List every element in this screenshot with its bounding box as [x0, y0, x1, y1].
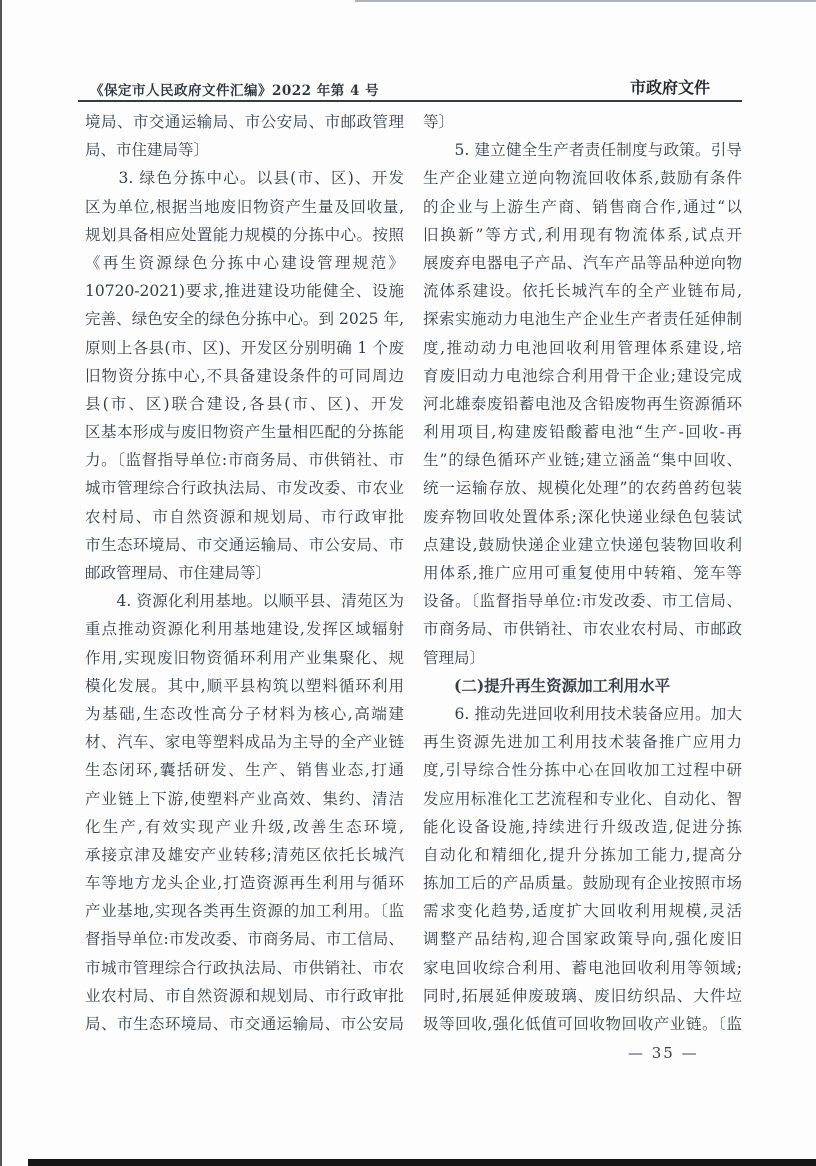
text-line: 承接京津及雄安产业转移;清苑区依托长城汽 [85, 841, 404, 869]
text-line: 邮政管理局、市住建局等〕 [85, 559, 404, 587]
left-column: 境局、市交通运输局、市公安局、市邮政管理局、市住建局等〕 3. 绿色分拣中心。以… [85, 108, 404, 1038]
text-line: 管理局〕 [423, 644, 742, 672]
text-line: 市城市管理综合行政执法局、市供销社、市农 [85, 954, 404, 982]
text-line: 5. 建立健全生产者责任制度与政策。引导 [423, 136, 742, 164]
text-line: 废弃物回收处置体系;深化快递业绿色包装试 [423, 503, 742, 531]
text-line: 《再生资源绿色分拣中心建设管理规范》(SB/T [85, 249, 404, 277]
text-line: 统一运输存放、规模化处理”的农药兽药包装 [423, 474, 742, 502]
text-line: 发应用标准化工艺流程和专业化、自动化、智 [423, 785, 742, 813]
text-line: 河北雄泰废铅蓄电池及含铅废物再生资源循环 [423, 390, 742, 418]
scan-left-edge-artifact [0, 0, 2, 1166]
text-line: 育废旧动力电池综合利用骨干企业;建设完成 [423, 362, 742, 390]
text-line: 流体系建设。依托长城汽车的全产业链布局, [423, 277, 742, 305]
text-line: 的企业与上游生产商、销售商合作,通过“以 [423, 193, 742, 221]
text-line: 度,引导综合性分拣中心在回收加工过程中研 [423, 756, 742, 784]
text-line: 化生产,有效实现产业升级,改善生态环境, [85, 813, 404, 841]
text-line: 探索实施动力电池生产企业生产者责任延伸制 [423, 305, 742, 333]
text-line: 圾等回收,强化低值可回收物回收产业链。〔监 [423, 1010, 742, 1038]
text-line: 力。〔监督指导单位:市商务局、市供销社、市 [85, 446, 404, 474]
text-line: 城市管理综合行政执法局、市发改委、市农业 [85, 474, 404, 502]
text-line: 能化设备设施,持续进行升级改造,促进分拣 [423, 813, 742, 841]
text-line: 市商务局、市供销社、市农业农村局、市邮政 [423, 615, 742, 643]
text-line: 调整产品结构,迎合国家政策导向,强化废旧 [423, 925, 742, 953]
text-line: 完善、绿色安全的绿色分拣中心。到 2025 年, [85, 305, 404, 333]
text-line: 车等地方龙头企业,打造资源再生利用与循环 [85, 869, 404, 897]
text-line: 设备。〔监督指导单位:市发改委、市工信局、 [423, 587, 742, 615]
text-line: 境局、市交通运输局、市公安局、市邮政管理 [85, 108, 404, 136]
text-line: 为基础,生态改性高分子材料为核心,高端建 [85, 700, 404, 728]
text-line: 局、市住建局等〕 [85, 136, 404, 164]
text-line: 4. 资源化利用基地。以顺平县、清苑区为 [85, 587, 404, 615]
scan-top-edge-artifact [355, 0, 816, 2]
text-line: 作用,实现废旧物资循环利用产业集聚化、规 [85, 644, 404, 672]
text-line: 自动化和精细化,提升分拣加工能力,提高分 [423, 841, 742, 869]
header-compilation-title: 《保定市人民政府文件汇编》2022 年第 4 号 [90, 79, 379, 99]
text-line: (二)提升再生资源加工利用水平 [423, 672, 742, 700]
text-line: 材、汽车、家电等塑料成品为主导的全产业链 [85, 728, 404, 756]
text-line: 市生态环境局、市交通运输局、市公安局、市 [85, 531, 404, 559]
text-line: 业农村局、市自然资源和规划局、市行政审批 [85, 982, 404, 1010]
text-line: 点建设,鼓励快递企业建立快递包装物回收利 [423, 531, 742, 559]
text-line: 同时,拓展延伸废玻璃、废旧纺织品、大件垃 [423, 982, 742, 1010]
text-line: 旧物资分拣中心,不具备建设条件的可同周边 [85, 362, 404, 390]
text-line: 生”的绿色循环产业链;建立涵盖“集中回收、 [423, 446, 742, 474]
text-line: 10720-2021)要求,推进建设功能健全、设施 [85, 277, 404, 305]
right-column: 等〕 5. 建立健全生产者责任制度与政策。引导生产企业建立逆向物流回收体系,鼓励… [423, 108, 742, 1038]
text-line: 区为单位,根据当地废旧物资产生量及回收量, [85, 193, 404, 221]
header-document-category: 市政府文件 [630, 75, 710, 98]
text-line: 生产企业建立逆向物流回收体系,鼓励有条件 [423, 164, 742, 192]
text-line: 产业基地,实现各类再生资源的加工利用。〔监 [85, 897, 404, 925]
text-line: 旧换新”等方式,利用现有物流体系,试点开 [423, 221, 742, 249]
text-line: 利用项目,构建废铅酸蓄电池“生产-回收-再 [423, 418, 742, 446]
text-line: 6. 推动先进回收利用技术装备应用。加大 [423, 700, 742, 728]
text-line: 农村局、市自然资源和规划局、市行政审批局、 [85, 503, 404, 531]
scan-bottom-edge-artifact [28, 1159, 816, 1166]
text-line: 产业链上下游,使塑料产业高效、集约、清洁 [85, 785, 404, 813]
two-column-body: 境局、市交通运输局、市公安局、市邮政管理局、市住建局等〕 3. 绿色分拣中心。以… [85, 108, 742, 1038]
scanned-document-page: 《保定市人民政府文件汇编》2022 年第 4 号 市政府文件 境局、市交通运输局… [0, 0, 816, 1166]
text-line: 规划具备相应处置能力规模的分拣中心。按照 [85, 221, 404, 249]
text-line: 等〕 [423, 108, 742, 136]
text-line: 3. 绿色分拣中心。以县(市、区)、开发 [85, 164, 404, 192]
text-line: 县(市、区)联合建设,各县(市、区)、开发 [85, 390, 404, 418]
text-line: 需求变化趋势,适度扩大回收利用规模,灵活 [423, 897, 742, 925]
text-line: 原则上各县(市、区)、开发区分别明确 1 个废 [85, 334, 404, 362]
text-line: 重点推动资源化利用基地建设,发挥区域辐射 [85, 615, 404, 643]
text-line: 模化发展。其中,顺平县构筑以塑料循环利用 [85, 672, 404, 700]
text-line: 再生资源先进加工利用技术装备推广应用力 [423, 728, 742, 756]
text-line: 生态闭环,囊括研发、生产、销售业态,打通 [85, 756, 404, 784]
text-line: 督指导单位:市发改委、市商务局、市工信局、 [85, 925, 404, 953]
text-line: 度,推动动力电池回收利用管理体系建设,培 [423, 334, 742, 362]
text-line: 家电回收综合利用、蓄电池回收利用等领域; [423, 954, 742, 982]
text-line: 局、市生态环境局、市交通运输局、市公安局 [85, 1010, 404, 1038]
text-line: 区基本形成与废旧物资产生量相匹配的分拣能 [85, 418, 404, 446]
text-line: 拣加工后的产品质量。鼓励现有企业按照市场 [423, 869, 742, 897]
header-rule [78, 100, 742, 102]
text-line: 展废弃电器电子产品、汽车产品等品种逆向物 [423, 249, 742, 277]
page-number: — 35 — [628, 1044, 699, 1062]
text-line: 用体系,推广应用可重复使用中转箱、笼车等 [423, 559, 742, 587]
